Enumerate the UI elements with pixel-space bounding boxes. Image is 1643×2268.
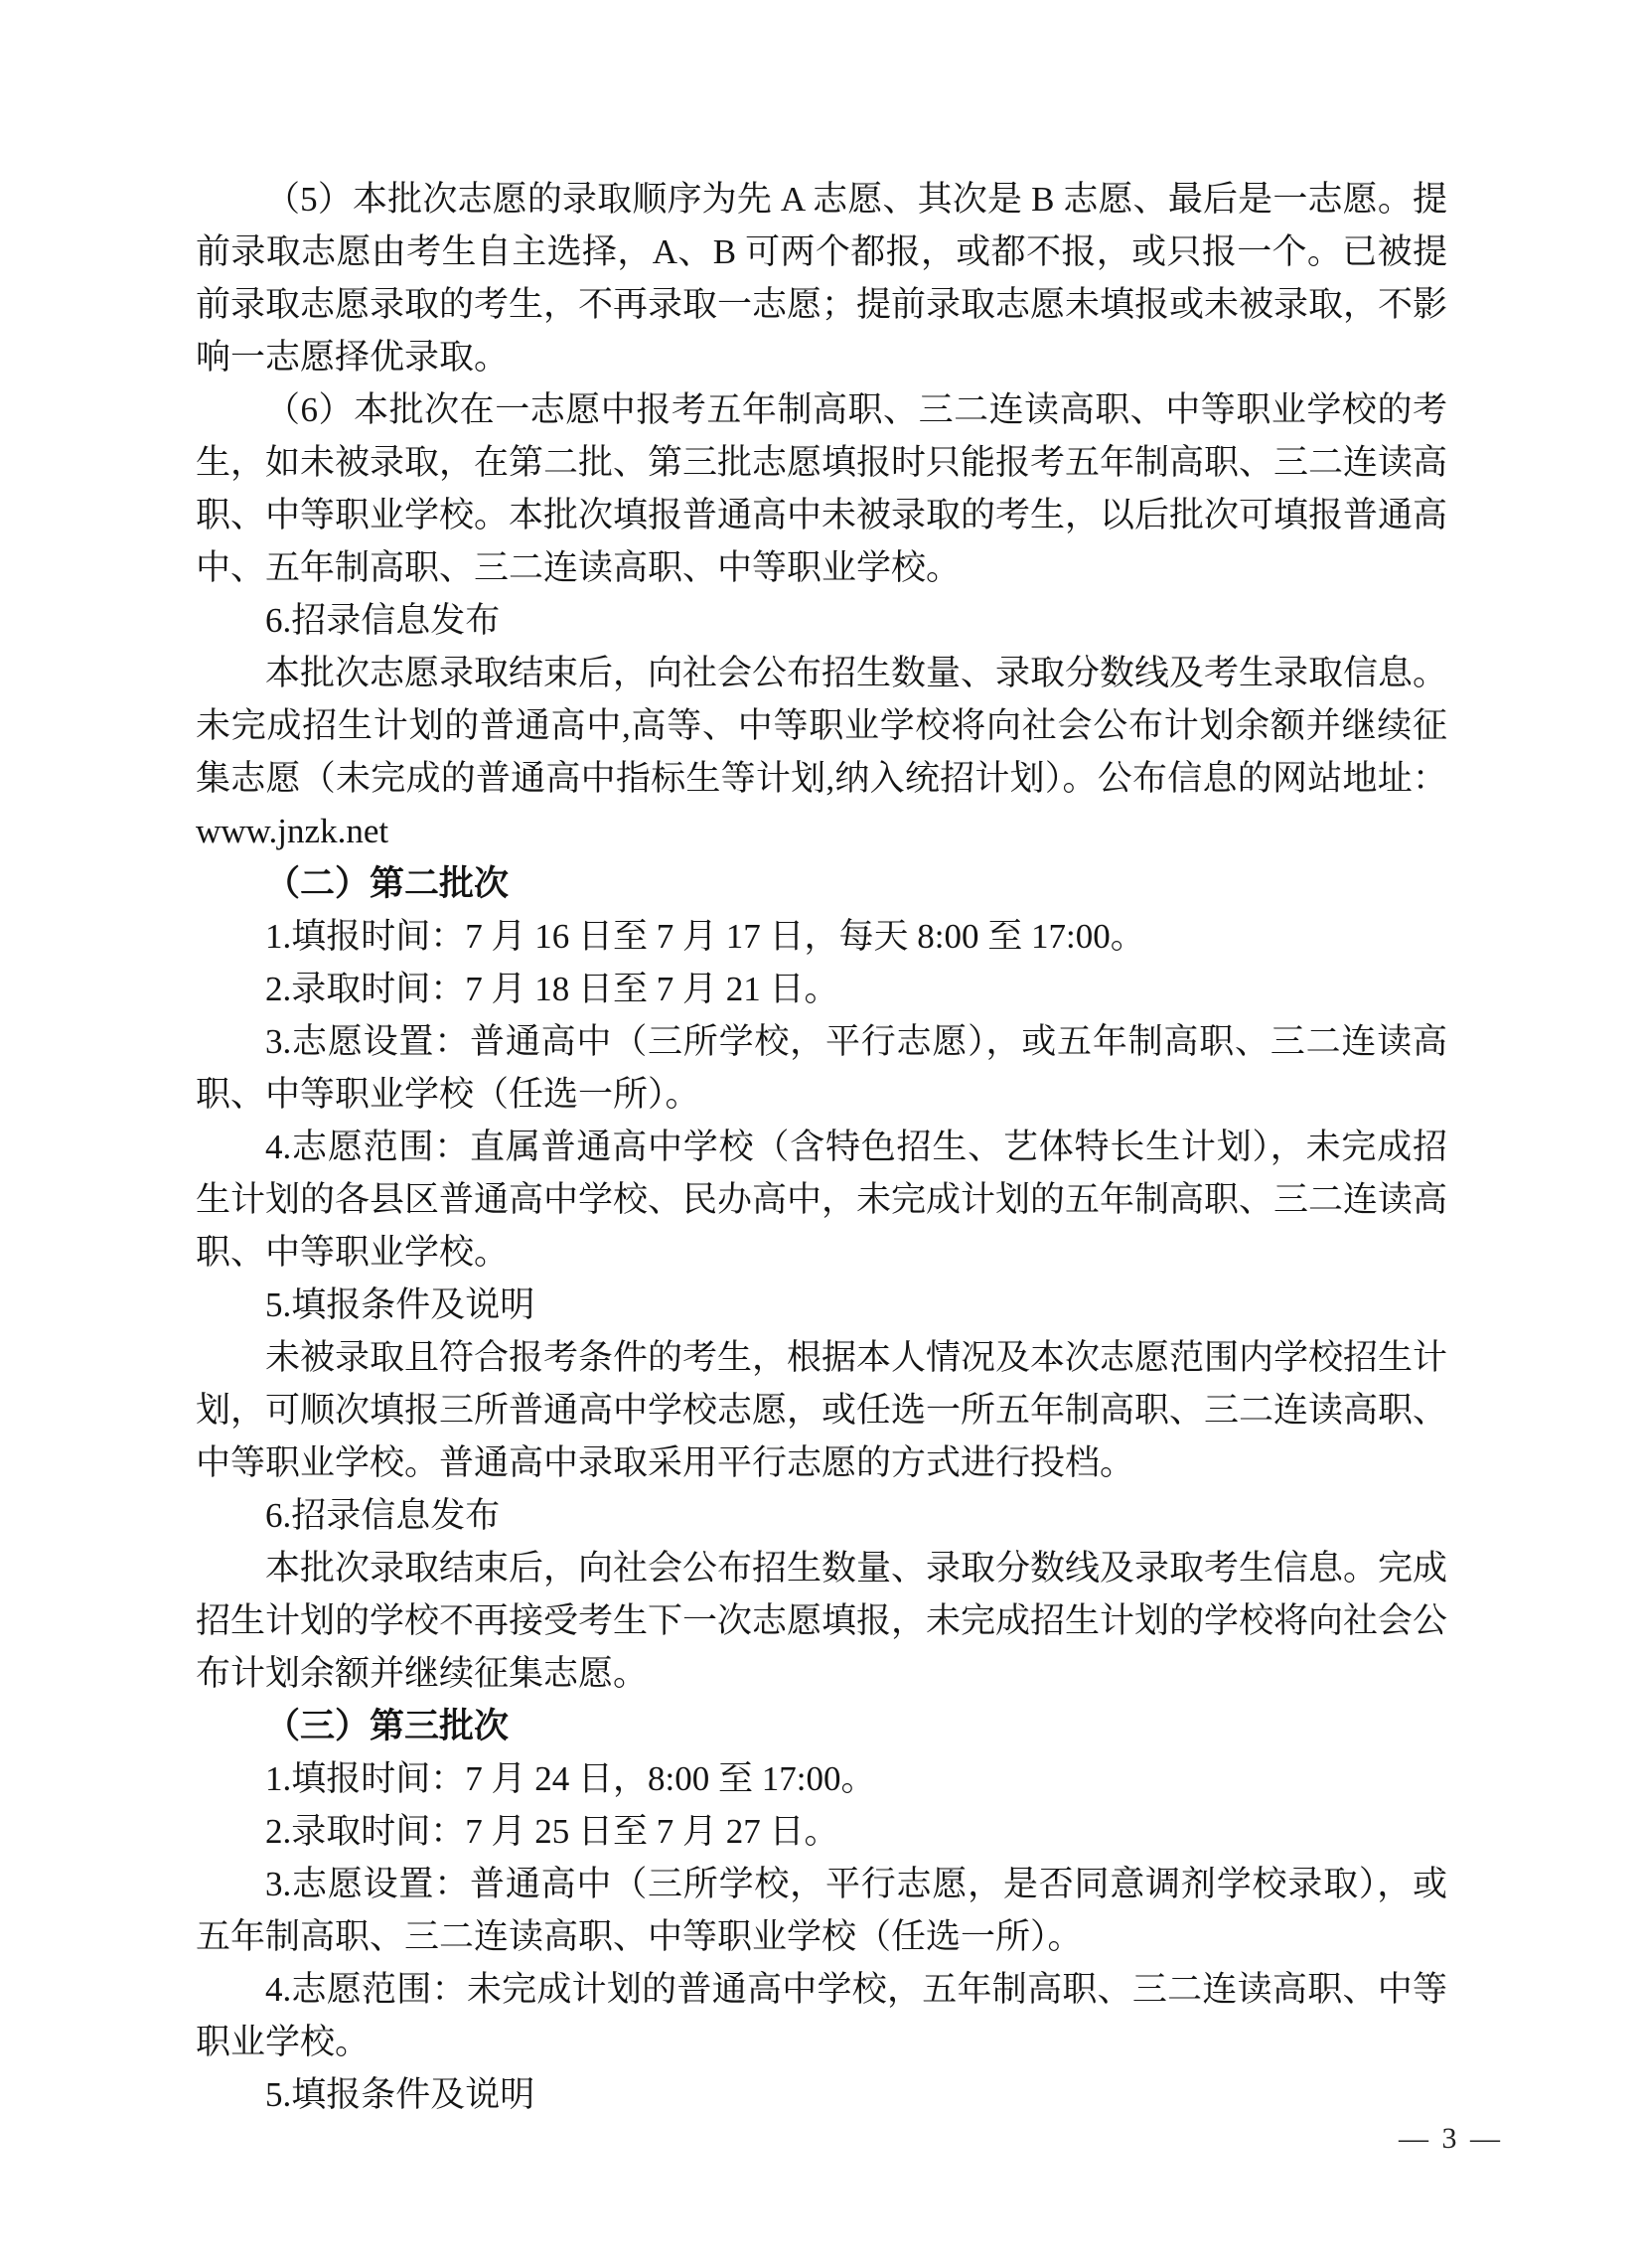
document-body: （5）本批次志愿的录取顺序为先 A 志愿、其次是 B 志愿、最后是一志愿。提前录… — [196, 173, 1447, 2121]
paragraph: 2.录取时间：7 月 18 日至 7 月 21 日。 — [196, 963, 1447, 1015]
paragraph: 1.填报时间：7 月 24 日，8:00 至 17:00。 — [196, 1752, 1447, 1805]
page-number: — 3 — — [1399, 2122, 1500, 2156]
paragraph: 3.志愿设置：普通高中（三所学校，平行志愿），或五年制高职、三二连读高职、中等职… — [196, 1015, 1447, 1121]
paragraph: 6.招录信息发布 — [196, 594, 1447, 647]
paragraph: 4.志愿范围：直属普通高中学校（含特色招生、艺体特长生计划），未完成招生计划的各… — [196, 1121, 1447, 1279]
document-page: （5）本批次志愿的录取顺序为先 A 志愿、其次是 B 志愿、最后是一志愿。提前录… — [0, 0, 1643, 2268]
paragraph: （6）本批次在一志愿中报考五年制高职、三二连读高职、中等职业学校的考生，如未被录… — [196, 383, 1447, 594]
paragraph: 本批次录取结束后，向社会公布招生数量、录取分数线及录取考生信息。完成招生计划的学… — [196, 1542, 1447, 1700]
paragraph: 5.填报条件及说明 — [196, 1279, 1447, 1331]
section-heading: （二）第二批次 — [196, 857, 1447, 910]
paragraph: 3.志愿设置：普通高中（三所学校，平行志愿，是否同意调剂学校录取），或五年制高职… — [196, 1858, 1447, 1963]
paragraph: （5）本批次志愿的录取顺序为先 A 志愿、其次是 B 志愿、最后是一志愿。提前录… — [196, 173, 1447, 383]
paragraph: 1.填报时间：7 月 16 日至 7 月 17 日，每天 8:00 至 17:0… — [196, 910, 1447, 963]
section-heading: （三）第三批次 — [196, 1700, 1447, 1752]
paragraph: 未被录取且符合报考条件的考生，根据本人情况及本次志愿范围内学校招生计划，可顺次填… — [196, 1331, 1447, 1489]
paragraph: 6.招录信息发布 — [196, 1489, 1447, 1542]
paragraph: 4.志愿范围：未完成计划的普通高中学校，五年制高职、三二连读高职、中等职业学校。 — [196, 1963, 1447, 2068]
paragraph: 本批次志愿录取结束后，向社会公布招生数量、录取分数线及考生录取信息。未完成招生计… — [196, 647, 1447, 857]
paragraph: 5.填报条件及说明 — [196, 2068, 1447, 2121]
paragraph: 2.录取时间：7 月 25 日至 7 月 27 日。 — [196, 1805, 1447, 1858]
